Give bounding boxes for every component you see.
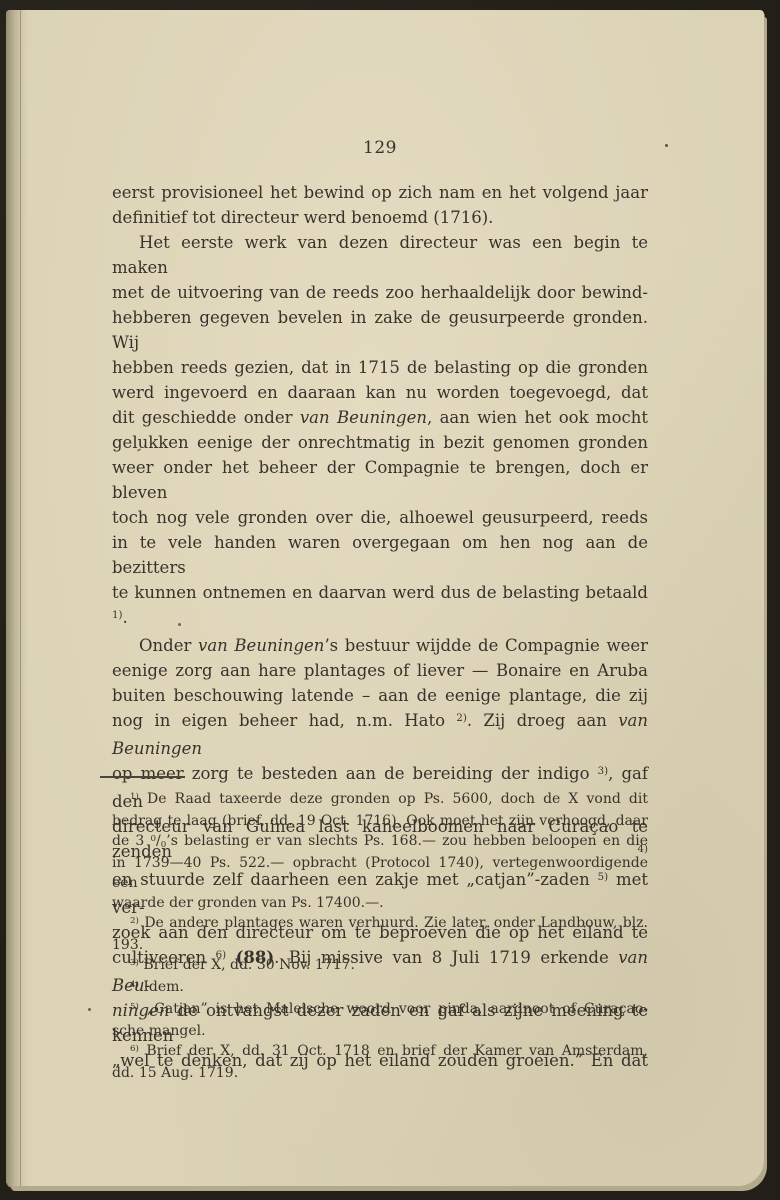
- text-segment: ’s bestuur wijdde de Compagnie weer: [324, 636, 648, 655]
- text-segment: definitief tot directeur werd benoemd (1…: [112, 208, 493, 227]
- footnotes-block: 1) De Raad taxeerde deze gronden op Ps. …: [112, 789, 648, 1083]
- text-segment: sche mangel.: [112, 1023, 206, 1039]
- text-line: te kunnen ontnemen en daarvan werd dus d…: [112, 580, 648, 633]
- paragraph: eerst provisioneel het bewind op zich na…: [112, 180, 648, 230]
- text-segment: op meer zorg te besteden aan de bereidin…: [112, 764, 598, 783]
- text-segment: in 1739—40 Ps. 522.— opbracht (Protocol …: [112, 855, 648, 891]
- text-segment: gelukken eenige der onrechtmatig in bezi…: [112, 433, 648, 452]
- text-segment: waarde der gronden van Ps. 17400.—.: [112, 895, 384, 911]
- text-segment: eerst provisioneel het bewind op zich na…: [112, 183, 648, 202]
- text-segment: 2): [456, 713, 467, 724]
- text-segment: Brief der X, dd. 30 Nov. 1717.: [139, 957, 355, 973]
- text-line: waarde der gronden van Ps. 17400.—.: [112, 893, 648, 913]
- text-segment: toch nog vele gronden over die, alhoewel…: [112, 508, 648, 527]
- text-line: gelukken eenige der onrechtmatig in bezi…: [112, 430, 648, 455]
- text-segment: „Catjan” is het Maleische woord voor pin…: [139, 1001, 648, 1017]
- page-number: 129: [112, 138, 648, 158]
- text-line: weer onder het beheer der Compagnie te b…: [112, 455, 648, 505]
- text-segment: .: [123, 608, 128, 627]
- text-segment: Idem.: [139, 979, 184, 995]
- text-line: dit geschiedde onder van Beuningen, aan …: [112, 405, 648, 430]
- text-segment: 6): [130, 1044, 139, 1054]
- text-line: 4) Idem.: [112, 977, 648, 999]
- text-line: dd. 15 Aug. 1719.: [112, 1063, 648, 1083]
- text-line: toch nog vele gronden over die, alhoewel…: [112, 505, 648, 530]
- text-segment: Onder: [139, 636, 198, 655]
- text-segment: Het eerste werk van dezen directeur was …: [112, 233, 648, 277]
- text-segment: 5): [130, 1002, 139, 1012]
- text-segment: in te vele handen waren overgegaan om he…: [112, 533, 648, 577]
- footnote-separator: [100, 776, 185, 778]
- text-line: definitief tot directeur werd benoemd (1…: [112, 205, 648, 230]
- text-line: buiten beschouwing latende – aan de eeni…: [112, 683, 648, 708]
- text-line: hebben reeds gezien, dat in 1715 de bela…: [112, 355, 648, 380]
- text-line: 6) Brief der X, dd. 31 Oct. 1718 en brie…: [112, 1041, 648, 1063]
- text-segment: De Raad taxeerde deze gronden op Ps. 560…: [139, 791, 648, 807]
- text-segment: 1): [130, 792, 139, 802]
- text-line: eenige zorg aan hare plantages of liever…: [112, 658, 648, 683]
- text-segment: werd ingevoerd en daaraan kan nu worden …: [112, 383, 648, 402]
- text-line: 3) Brief der X, dd. 30 Nov. 1717.: [112, 955, 648, 977]
- ink-speck: [665, 144, 668, 147]
- text-segment: . Zij droeg aan: [467, 711, 618, 730]
- text-segment: de 3: [112, 833, 150, 849]
- text-segment: De andere plantages waren verhuurd. Zie …: [112, 915, 648, 953]
- text-segment: eenige zorg aan hare plantages of liever…: [112, 661, 648, 680]
- text-line: 1) De Raad taxeerde deze gronden op Ps. …: [112, 789, 648, 811]
- text-segment: van Beuningen: [300, 408, 427, 427]
- text-line: sche mangel.: [112, 1021, 648, 1041]
- text-segment: nog in eigen beheer had, n.m. Hato: [112, 711, 456, 730]
- text-segment: te kunnen ontnemen en daarvan werd dus d…: [112, 583, 648, 602]
- ink-speck: [88, 1008, 91, 1011]
- text-segment: buiten beschouwing latende – aan de eeni…: [112, 686, 648, 705]
- text-line: met de uitvoering van de reeds zoo herha…: [112, 280, 648, 305]
- paragraph: 4) Idem.: [112, 977, 648, 999]
- text-line: nog in eigen beheer had, n.m. Hato 2). Z…: [112, 708, 648, 761]
- text-segment: , aan wien het ook mocht: [427, 408, 648, 427]
- text-segment: ’s belasting er van slechts Ps. 168.— zo…: [166, 833, 648, 849]
- paragraph: 2) De andere plantages waren verhuurd. Z…: [112, 913, 648, 955]
- text-segment: 4): [130, 980, 139, 990]
- text-line: eerst provisioneel het bewind op zich na…: [112, 180, 648, 205]
- text-line: Het eerste werk van dezen directeur was …: [112, 230, 648, 280]
- page-gutter-edge: [6, 10, 28, 1186]
- text-segment: van Beuningen: [198, 636, 324, 655]
- text-line: 5) „Catjan” is het Maleische woord voor …: [112, 999, 648, 1021]
- text-line: werd ingevoerd en daaraan kan nu worden …: [112, 380, 648, 405]
- text-segment: bedrag te laag (brief, dd. 19 Oct. 1716)…: [112, 813, 648, 829]
- text-segment: met de uitvoering van de reeds zoo herha…: [112, 283, 648, 302]
- paragraph: 5) „Catjan” is het Maleische woord voor …: [112, 999, 648, 1041]
- text-segment: 0: [161, 840, 167, 850]
- text-segment: Brief der X, dd. 31 Oct. 1718 en brief d…: [139, 1043, 648, 1059]
- text-segment: 2): [130, 916, 139, 926]
- text-segment: 3): [130, 958, 139, 968]
- text-line: hebberen gegeven bevelen in zake de geus…: [112, 305, 648, 355]
- text-segment: 3): [598, 766, 609, 777]
- text-segment: dit geschiedde onder: [112, 408, 300, 427]
- book-page: 129 eerst provisioneel het bewind op zic…: [6, 10, 764, 1186]
- text-line: in te vele handen waren overgegaan om he…: [112, 530, 648, 580]
- text-line: in 1739—40 Ps. 522.— opbracht (Protocol …: [112, 853, 648, 893]
- text-segment: dd. 15 Aug. 1719.: [112, 1065, 238, 1081]
- paragraph: Het eerste werk van dezen directeur was …: [112, 230, 648, 633]
- text-line: 2) De andere plantages waren verhuurd. Z…: [112, 913, 648, 955]
- text-segment: 0: [150, 834, 156, 844]
- text-line: Onder van Beuningen’s bestuur wijdde de …: [112, 633, 648, 658]
- ink-speck: [178, 623, 181, 626]
- text-segment: 1): [112, 610, 123, 621]
- text-segment: hebben reeds gezien, dat in 1715 de bela…: [112, 358, 648, 377]
- text-segment: weer onder het beheer der Compagnie te b…: [112, 458, 648, 502]
- text-line: bedrag te laag (brief, dd. 19 Oct. 1716)…: [112, 811, 648, 831]
- paragraph: 1) De Raad taxeerde deze gronden op Ps. …: [112, 789, 648, 913]
- paragraph: 6) Brief der X, dd. 31 Oct. 1718 en brie…: [112, 1041, 648, 1083]
- text-segment: hebberen gegeven bevelen in zake de geus…: [112, 308, 648, 352]
- text-line: de 3 0/0’s belasting er van slechts Ps. …: [112, 831, 648, 853]
- paragraph: 3) Brief der X, dd. 30 Nov. 1717.: [112, 955, 648, 977]
